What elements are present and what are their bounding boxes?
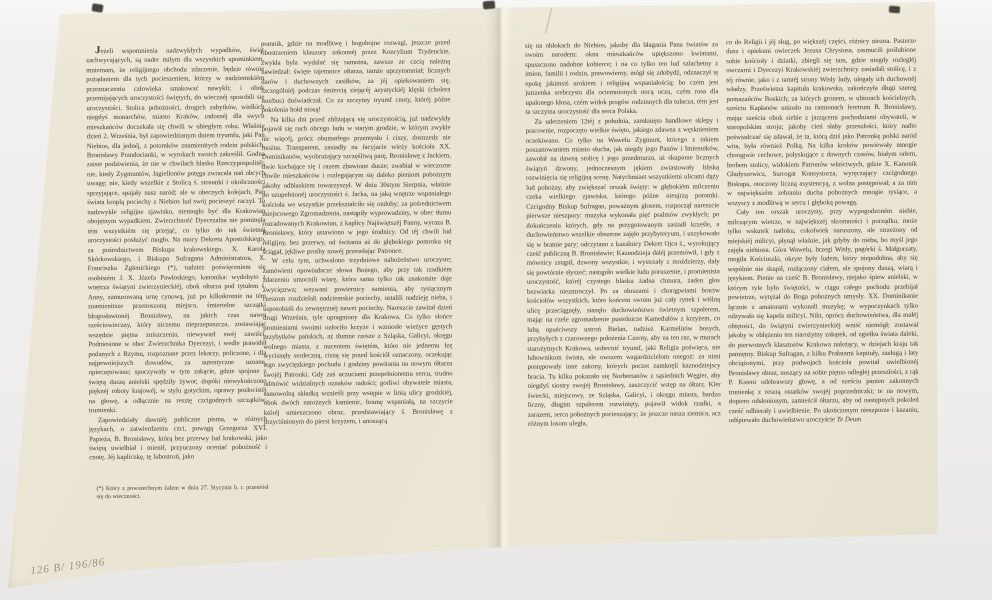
- binding-mark-center: [483, 0, 496, 9]
- paragraph: co do Religii i jéj sług, po większéj cz…: [726, 37, 917, 209]
- page-content: Jeżeli wspomnienia nadzwykłych wypadków,…: [0, 0, 992, 600]
- paragraph: W celu tym, uchwalono trzydniowe nabożeń…: [263, 256, 453, 428]
- paragraph: Za uderzeniem 12téj z południa, zamknięt…: [526, 116, 721, 429]
- italic-phrase: Te Deum: [835, 416, 861, 423]
- text-column-1: Jeżeli wspomnienia nadzwykłych wypadków,…: [86, 45, 267, 478]
- paragraph: pomnik, gdzie na modlitwę i bogobojne ro…: [261, 38, 451, 115]
- scan-canvas: { "document": { "kind": "scanned 19th-ce…: [0, 0, 992, 600]
- paragraph: się na obłokach do Niebios, jakoby dla b…: [525, 40, 719, 117]
- binding-mark-right: [889, 6, 900, 14]
- text-column-2: pomnik, gdzie na modlitwę i bogobojne ro…: [261, 38, 454, 501]
- ornamental-initial: J: [95, 45, 101, 56]
- paragraph: Cały ten orszak uroczysty, przy wypogodz…: [727, 207, 919, 426]
- paragraph: Jeżeli wspomnienia nadzwykłych wypadków,…: [86, 45, 267, 416]
- text-column-3: się na obłokach do Niebios, jakoby dla b…: [525, 40, 722, 500]
- text-column-4: co do Religii i jéj sług, po większéj cz…: [726, 37, 920, 504]
- binding-mark-left: [91, 3, 103, 12]
- paragraph: Zapowiedziały dawniéj publiczne pisma, w…: [89, 415, 267, 464]
- footnote: (*) Który z powszechnym żalem w dniu 27.…: [96, 484, 268, 502]
- paragraph: Na kilka dni przed zbliżającą się uroczy…: [262, 114, 452, 257]
